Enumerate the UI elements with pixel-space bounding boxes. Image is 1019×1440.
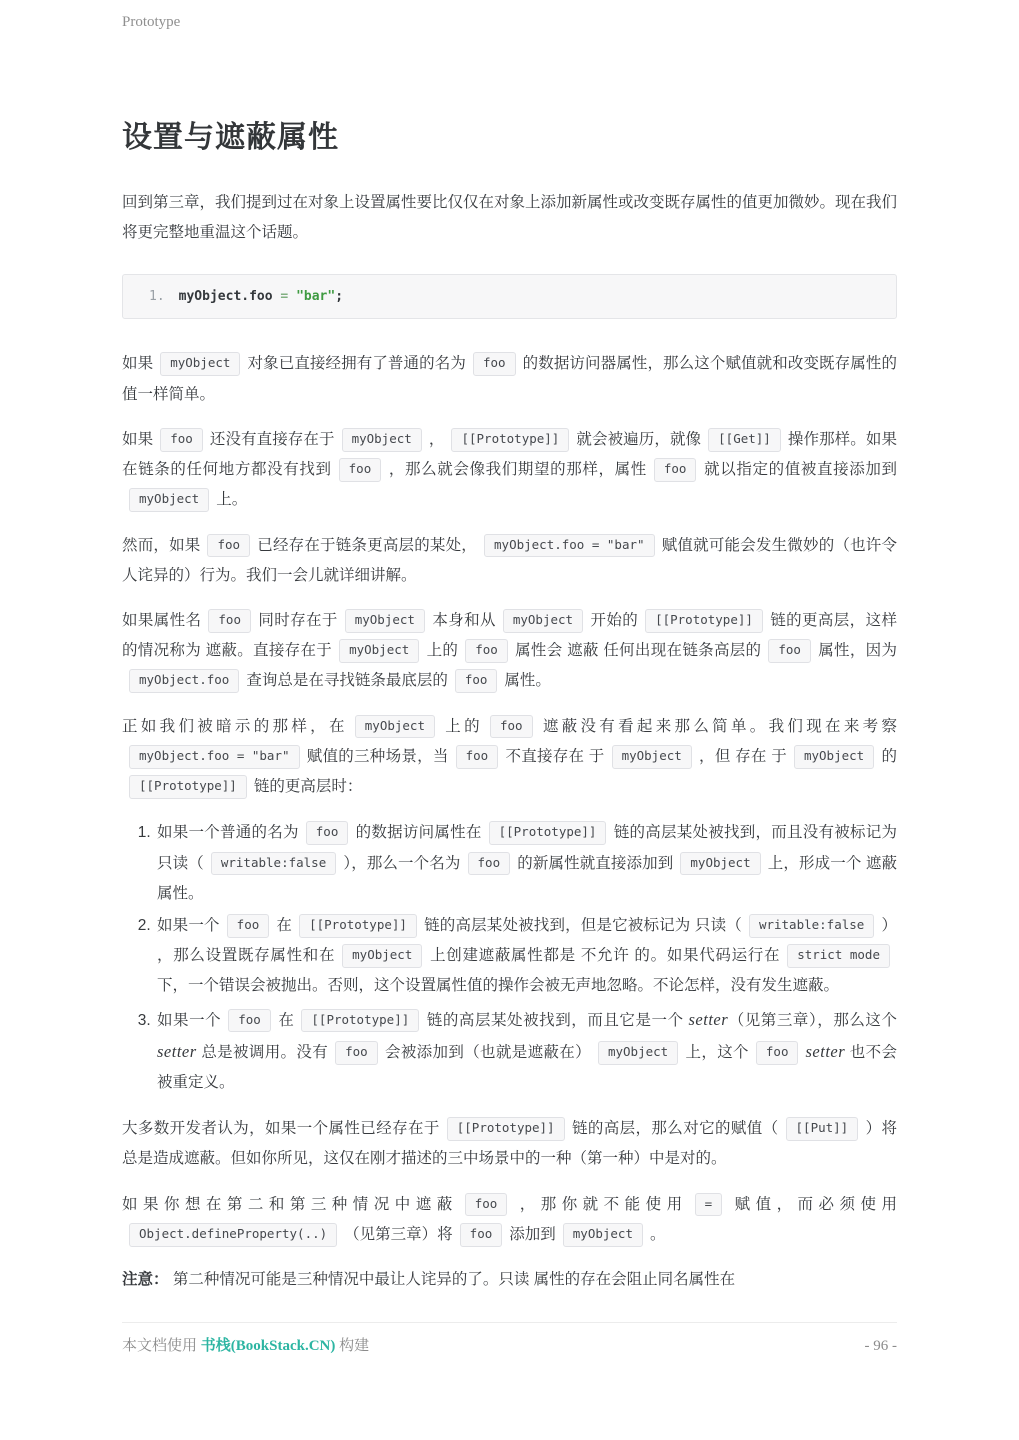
body-text: 如果属性名 bbox=[122, 612, 201, 629]
inline-code-chip: foo bbox=[460, 1223, 503, 1247]
page-number: - 96 - bbox=[865, 1338, 898, 1355]
body-text: 上。 bbox=[216, 491, 247, 508]
inline-code-chip: Object.defineProperty(..) bbox=[129, 1223, 337, 1247]
article-content: 设置与遮蔽属性 回到第三章，我们提到过在对象上设置属性要比仅仅在对象上添加新属性… bbox=[0, 0, 1019, 1295]
inline-code-chip: [[Prototype]] bbox=[489, 821, 607, 845]
body-text: ），那么一个名为 bbox=[343, 855, 460, 872]
footer-suffix: 构建 bbox=[335, 1338, 369, 1354]
body-text: 查询总是在寻找链条最底层的 bbox=[246, 672, 448, 689]
list-item: 如果一个foo在[[Prototype]]链的高层某处被找到，而且它是一个 se… bbox=[155, 1004, 897, 1099]
body-text: 正如我们被暗示的那样，在 bbox=[122, 718, 348, 735]
inline-code-chip: myObject bbox=[342, 428, 422, 452]
list-item: 如果一个foo在[[Prototype]]链的高层某处被找到，但是它被标记为 只… bbox=[155, 911, 897, 1002]
list-item: 如果一个普通的名为foo的数据访问属性在[[Prototype]]链的高层某处被… bbox=[155, 818, 897, 909]
inline-code-chip: foo bbox=[465, 1193, 508, 1217]
ordered-list: 如果一个普通的名为foo的数据访问属性在[[Prototype]]链的高层某处被… bbox=[122, 818, 897, 1098]
body-text: 遮蔽没有看起来那么简单。我们现在来考察 bbox=[540, 718, 897, 735]
body-text: 属性，因为 bbox=[818, 642, 897, 659]
inline-code-chip: myObject bbox=[503, 609, 583, 633]
body-text: 如果 bbox=[122, 431, 153, 448]
paragraph: 大多数开发者认为，如果一个属性已经存在于[[Prototype]]链的高层，那么… bbox=[122, 1114, 897, 1174]
body-text: 大多数开发者认为，如果一个属性已经存在于 bbox=[122, 1120, 440, 1137]
inline-code-chip: [[Get]] bbox=[708, 428, 781, 452]
page-title: 设置与遮蔽属性 bbox=[122, 112, 897, 156]
page-footer: 本文档使用 书栈(BookStack.CN) 构建 - 96 - bbox=[122, 1322, 897, 1355]
inline-code-chip: [[Prototype]] bbox=[299, 914, 417, 938]
running-header: Prototype bbox=[122, 14, 180, 31]
inline-code-chip: = bbox=[695, 1193, 723, 1217]
body-text: 属性会 遮蔽 任何出现在链条高层的 bbox=[515, 642, 762, 659]
inline-code-chip: myObject bbox=[680, 852, 760, 876]
inline-code-chip: foo bbox=[335, 1041, 378, 1065]
body-text: ， bbox=[429, 431, 445, 448]
paragraph: 注意： 第二种情况可能是三种情况中最让人诧异的了。只读 属性的存在会阻止同名属性… bbox=[122, 1265, 897, 1295]
body-text: 在 bbox=[278, 1012, 295, 1029]
strong-text: 注意： bbox=[122, 1271, 169, 1288]
code-line: myObject.foo = "bar"; bbox=[179, 289, 343, 304]
body-text: 上创建遮蔽属性都是 不允许 的。如果代码运行在 bbox=[429, 947, 780, 964]
body-text: 链的高层某处被找到，而且它是一个 bbox=[426, 1012, 688, 1029]
body-text: 赋值，而必须使用 bbox=[729, 1196, 897, 1213]
body-text: （见第三章），那么这个 bbox=[728, 1012, 897, 1029]
body-text: 链的更高层时： bbox=[254, 778, 363, 795]
footer-prefix: 本文档使用 bbox=[122, 1338, 201, 1354]
body-text: 上的 bbox=[442, 718, 483, 735]
body-text: 就以指定的值被直接添加到 bbox=[703, 461, 897, 478]
inline-code-chip: foo bbox=[756, 1041, 799, 1065]
body-text: 然而，如果 bbox=[122, 537, 200, 554]
body-text: 会被添加到（也就是遮蔽在） bbox=[385, 1044, 591, 1061]
body-text: 的新属性就直接添加到 bbox=[517, 855, 673, 872]
inline-code-chip: myObject.foo bbox=[129, 669, 239, 693]
body-text: 的 bbox=[881, 748, 897, 765]
inline-code-chip: [[Prototype]] bbox=[451, 428, 569, 452]
paragraph: 正如我们被暗示的那样，在myObject上的foo遮蔽没有看起来那么简单。我们现… bbox=[122, 712, 897, 803]
inline-code-chip: foo bbox=[160, 428, 203, 452]
inline-code-chip: myObject bbox=[345, 609, 425, 633]
body-text: 已经存在于链条更高层的某处， bbox=[257, 537, 477, 554]
inline-code-chip: [[Prototype]] bbox=[645, 609, 763, 633]
paragraph: 然而，如果foo已经存在于链条更高层的某处，myObject.foo = "ba… bbox=[122, 531, 897, 591]
body-text: 下，一个错误会被抛出。否则，这个设置属性值的操作会被无声地忽略。不论怎样，没有发… bbox=[157, 977, 839, 994]
paragraph: 如果属性名foo同时存在于myObject本身和从myObject开始的[[Pr… bbox=[122, 606, 897, 697]
body-text: ，那你就不能使用 bbox=[514, 1196, 687, 1213]
body-text: ; bbox=[335, 289, 343, 304]
inline-code-chip: foo bbox=[654, 458, 697, 482]
inline-code-chip: myObject bbox=[355, 715, 435, 739]
footer-brand-link[interactable]: 书栈(BookStack.CN) bbox=[201, 1338, 336, 1354]
inline-code-chip: foo bbox=[456, 745, 499, 769]
body-text: 如果一个 bbox=[157, 917, 220, 934]
paragraph: 如果foo还没有直接存在于myObject，[[Prototype]]就会被遍历… bbox=[122, 425, 897, 516]
footer-attribution: 本文档使用 书栈(BookStack.CN) 构建 bbox=[122, 1334, 369, 1355]
inline-code-chip: foo bbox=[465, 639, 508, 663]
inline-code-chip: myObject bbox=[342, 944, 422, 968]
body-text: 如果你想在第二和第三种情况中遮蔽 bbox=[122, 1196, 458, 1213]
inline-code-chip: myObject bbox=[160, 352, 240, 376]
body-text: 上，这个 bbox=[685, 1044, 749, 1061]
body-text: 的数据访问属性在 bbox=[355, 824, 481, 841]
code-string-token: "bar" bbox=[296, 289, 335, 304]
inline-code-chip: [[Prototype]] bbox=[301, 1009, 419, 1033]
inline-code-chip: foo bbox=[455, 669, 498, 693]
body-text: 赋值的三种场景，当 bbox=[307, 748, 449, 765]
inline-code-chip: myObject bbox=[794, 745, 874, 769]
article-body: 回到第三章，我们提到过在对象上设置属性要比仅仅在对象上添加新属性或改变既存属性的… bbox=[122, 188, 897, 1295]
document-page: Prototype 设置与遮蔽属性 回到第三章，我们提到过在对象上设置属性要比仅… bbox=[0, 0, 1019, 1440]
body-text: 上的 bbox=[426, 642, 458, 659]
body-text: 如果一个 bbox=[157, 1012, 221, 1029]
code-line-number: 1. bbox=[149, 289, 165, 304]
emphasis-text: setter bbox=[805, 1042, 845, 1061]
body-text: 不直接存在 于 bbox=[505, 748, 604, 765]
inline-code-chip: foo bbox=[473, 352, 516, 376]
inline-code-chip: [[Prototype]] bbox=[129, 775, 247, 799]
body-text: 总是被调用。没有 bbox=[197, 1044, 328, 1061]
body-text bbox=[288, 289, 296, 304]
body-text: 还没有直接存在于 bbox=[210, 431, 335, 448]
paragraph: 如果你想在第二和第三种情况中遮蔽foo，那你就不能使用=赋值，而必须使用Obje… bbox=[122, 1190, 897, 1250]
inline-code-chip: [[Put]] bbox=[786, 1117, 859, 1141]
body-text: 同时存在于 bbox=[258, 612, 338, 629]
body-text: 属性。 bbox=[504, 672, 551, 689]
inline-code-chip: foo bbox=[228, 1009, 271, 1033]
inline-code-chip: foo bbox=[306, 821, 349, 845]
paragraph: 如果myObject对象已直接经拥有了普通的名为foo的数据访问器属性，那么这个… bbox=[122, 349, 897, 409]
inline-code-chip: myObject bbox=[339, 639, 419, 663]
body-text: ，但 存在 于 bbox=[699, 748, 787, 765]
body-text: 链的高层某处被找到，但是它被标记为 只读（ bbox=[424, 917, 742, 934]
inline-code-chip: strict mode bbox=[787, 944, 890, 968]
body-text: 本身和从 bbox=[432, 612, 496, 629]
body-text: 添加到 bbox=[509, 1226, 556, 1243]
body-text: myObject.foo bbox=[179, 289, 281, 304]
inline-code-chip: foo bbox=[468, 852, 511, 876]
body-text: 就会被遍历，就像 bbox=[576, 431, 701, 448]
body-text: 如果一个普通的名为 bbox=[157, 824, 299, 841]
code-block: 1.myObject.foo = "bar"; bbox=[122, 274, 897, 319]
inline-code-chip: writable:false bbox=[211, 852, 336, 876]
inline-code-chip: myObject bbox=[598, 1041, 678, 1065]
inline-code-chip: writable:false bbox=[749, 914, 874, 938]
body-text: 。 bbox=[650, 1226, 666, 1243]
inline-code-chip: [[Prototype]] bbox=[447, 1117, 565, 1141]
inline-code-chip: myObject bbox=[563, 1223, 643, 1247]
body-text: 在 bbox=[276, 917, 292, 934]
body-text: （见第三章）将 bbox=[344, 1226, 453, 1243]
inline-code-chip: myObject.foo = "bar" bbox=[484, 534, 655, 558]
emphasis-text: setter bbox=[688, 1010, 728, 1029]
emphasis-text: setter bbox=[157, 1042, 197, 1061]
body-text: 回到第三章，我们提到过在对象上设置属性要比仅仅在对象上添加新属性或改变既存属性的… bbox=[122, 194, 897, 241]
inline-code-chip: myObject bbox=[612, 745, 692, 769]
body-text: 如果 bbox=[122, 355, 153, 372]
paragraph: 回到第三章，我们提到过在对象上设置属性要比仅仅在对象上添加新属性或改变既存属性的… bbox=[122, 188, 897, 248]
inline-code-chip: foo bbox=[768, 639, 811, 663]
inline-code-chip: foo bbox=[339, 458, 382, 482]
body-text: ，那么就会像我们期望的那样，属性 bbox=[388, 461, 647, 478]
inline-code-chip: myObject bbox=[129, 488, 209, 512]
inline-code-chip: foo bbox=[208, 609, 251, 633]
body-text: 链的高层，那么对它的赋值（ bbox=[572, 1120, 779, 1137]
inline-code-chip: foo bbox=[227, 914, 270, 938]
inline-code-chip: foo bbox=[490, 715, 533, 739]
body-text: 对象已直接经拥有了普通的名为 bbox=[247, 355, 466, 372]
inline-code-chip: foo bbox=[207, 534, 250, 558]
inline-code-chip: myObject.foo = "bar" bbox=[129, 745, 300, 769]
body-text: 开始的 bbox=[590, 612, 638, 629]
body-text: 第二种情况可能是三种情况中最让人诧异的了。只读 属性的存在会阻止同名属性在 bbox=[169, 1271, 736, 1288]
